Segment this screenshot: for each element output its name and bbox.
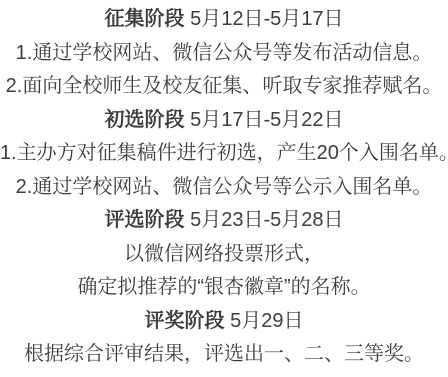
stage-date: 5月17日-5月22日 xyxy=(190,109,343,131)
stage-name: 评奖阶段 xyxy=(145,310,225,332)
schedule-document: 征集阶段 5月12日-5月17日 1.通过学校网站、微信公众号等发布活动信息。 … xyxy=(0,0,448,372)
section-voting: 评选阶段 5月23日-5月28日 以微信网络投票形式， 确定拟推荐的“银杏徽章”… xyxy=(0,204,448,305)
stage-detail-line: 以微信网络投票形式， xyxy=(0,238,448,272)
stage-detail-line: 2.通过学校网站、微信公众号等公示入围名单。 xyxy=(0,171,448,205)
stage-detail-line: 1.通过学校网站、微信公众号等发布活动信息。 xyxy=(0,37,448,71)
stage-detail-line: 2.面向全校师生及校友征集、听取专家推荐赋名。 xyxy=(0,70,448,104)
section-awards: 评奖阶段 5月29日 根据综合评审结果，评选出一、二、三等奖。 xyxy=(0,305,448,372)
stage-name: 征集阶段 xyxy=(105,8,185,30)
stage-name: 评选阶段 xyxy=(105,209,185,231)
section-collection: 征集阶段 5月12日-5月17日 1.通过学校网站、微信公众号等发布活动信息。 … xyxy=(0,3,448,104)
stage-heading: 征集阶段 5月12日-5月17日 xyxy=(0,3,448,37)
stage-date: 5月12日-5月17日 xyxy=(190,8,343,30)
stage-heading: 评选阶段 5月23日-5月28日 xyxy=(0,204,448,238)
stage-heading: 初选阶段 5月17日-5月22日 xyxy=(0,104,448,138)
stage-date: 5月23日-5月28日 xyxy=(190,209,343,231)
stage-detail-line: 根据综合评审结果，评选出一、二、三等奖。 xyxy=(0,338,448,372)
stage-name: 初选阶段 xyxy=(105,109,185,131)
stage-detail-line: 确定拟推荐的“银杏徽章”的名称。 xyxy=(0,271,448,305)
stage-heading: 评奖阶段 5月29日 xyxy=(0,305,448,339)
stage-detail-line: 1.主办方对征集稿件进行初选，产生20个入围名单。 xyxy=(0,137,448,171)
stage-date: 5月29日 xyxy=(230,310,303,332)
section-preliminary: 初选阶段 5月17日-5月22日 1.主办方对征集稿件进行初选，产生20个入围名… xyxy=(0,104,448,205)
